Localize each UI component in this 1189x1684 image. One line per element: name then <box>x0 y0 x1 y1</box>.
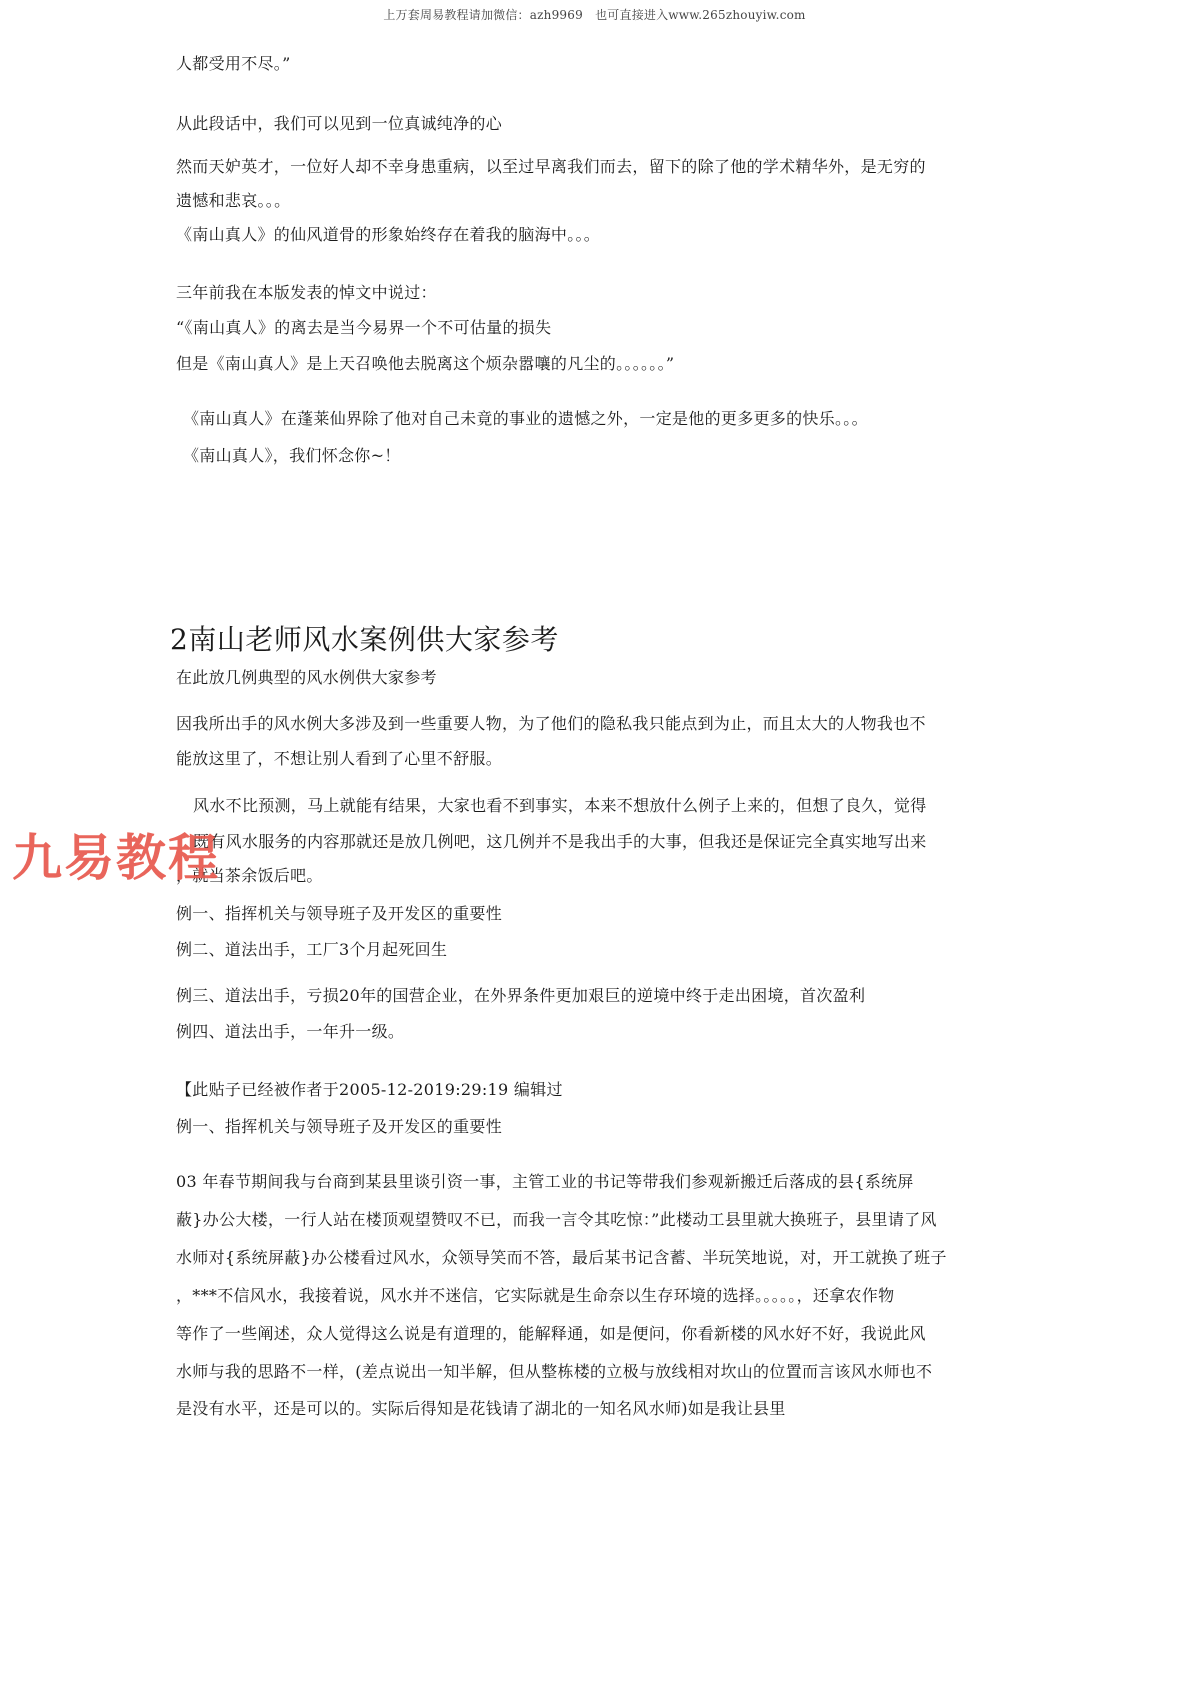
paragraph-line: 但是《南山真人》是上天召唤他去脱离这个烦杂嚣嚷的凡尘的。。。。。。” <box>176 354 674 374</box>
paragraph-line: 人都受用不尽。” <box>176 54 291 74</box>
paragraph-line: 等作了一些阐述，众人觉得这么说是有道理的，能解释通，如是便问，你看新楼的风水好不… <box>176 1324 926 1344</box>
paragraph-line: 在此放几例典型的风水例供大家参考 <box>176 668 437 688</box>
paragraph-line: 风水不比预测，马上就能有结果，大家也看不到事实，本来不想放什么例子上来的，但想了… <box>193 796 927 816</box>
paragraph-line: 既有风水服务的内容那就还是放几例吧，这几例并不是我出手的大事，但我还是保证完全真… <box>193 832 927 852</box>
page-header-banner: 上万套周易教程请加微信：azh9969 也可直接进入www.265zhouyiw… <box>0 6 1189 23</box>
paragraph-line: 水师与我的思路不一样，(差点说出一知半解，但从整栋楼的立极与放线相对坎山的位置而… <box>176 1362 932 1382</box>
case-list-item: 例二、道法出手，工厂3个月起死回生 <box>176 940 447 960</box>
paragraph-line: 从此段话中，我们可以见到一位真诚纯净的心 <box>176 114 502 134</box>
paragraph-line: ，***不信风水，我接着说，风水并不迷信，它实际就是生命奈以生存环境的选择。。。… <box>176 1286 894 1306</box>
paragraph-line: 然而天妒英才，一位好人却不幸身患重病，以至过早离我们而去，留下的除了他的学术精华… <box>176 157 926 177</box>
edit-note: 【此贴子已经被作者于2005-12-2019:29:19 编辑过 <box>176 1080 563 1100</box>
case-list-item: 例四、道法出手，一年升一级。 <box>176 1022 404 1042</box>
paragraph-line: 《南山真人》在蓬莱仙界除了他对自己未竟的事业的遗憾之外，一定是他的更多更多的快乐… <box>183 409 868 429</box>
paragraph-line: 三年前我在本版发表的悼文中说过： <box>176 283 437 303</box>
watermark-logo: 九易教程 <box>12 818 220 890</box>
paragraph-line: 水师对{系统屏蔽}办公楼看过风水，众领导笑而不答，最后某书记含蓄、半玩笑地说，对… <box>176 1248 947 1268</box>
paragraph-line: “《南山真人》的离去是当今易界一个不可估量的损失 <box>176 318 551 338</box>
paragraph-line: 遗憾和悲哀。。。 <box>176 191 290 211</box>
paragraph-line: 是没有水平，还是可以的。实际后得知是花钱请了湖北的一知名风水师)如是我让县里 <box>176 1399 786 1419</box>
section-title: 2南山老师风水案例供大家参考 <box>170 618 559 658</box>
paragraph-line: 《南山真人》的仙风道骨的形象始终存在着我的脑海中。。。 <box>176 225 600 245</box>
paragraph-line: 能放这里了，不想让别人看到了心里不舒服。 <box>176 749 502 769</box>
paragraph-line: 蔽}办公大楼，一行人站在楼顶观望赞叹不已，而我一言令其吃惊：”此楼动工县里就大换… <box>176 1210 937 1230</box>
case-list-item: 例三、道法出手，亏损20年的国营企业，在外界条件更加艰巨的逆境中终于走出困境，首… <box>176 986 865 1006</box>
case-heading: 例一、指挥机关与领导班子及开发区的重要性 <box>176 1117 502 1137</box>
paragraph-line: 因我所出手的风水例大多涉及到一些重要人物，为了他们的隐私我只能点到为止，而且太大… <box>176 714 926 734</box>
paragraph-line: 03 年春节期间我与台商到某县里谈引资一事，主管工业的书记等带我们参观新搬迁后落… <box>176 1172 914 1192</box>
case-list-item: 例一、指挥机关与领导班子及开发区的重要性 <box>176 904 502 924</box>
paragraph-line: 《南山真人》，我们怀念你~！ <box>183 446 401 466</box>
